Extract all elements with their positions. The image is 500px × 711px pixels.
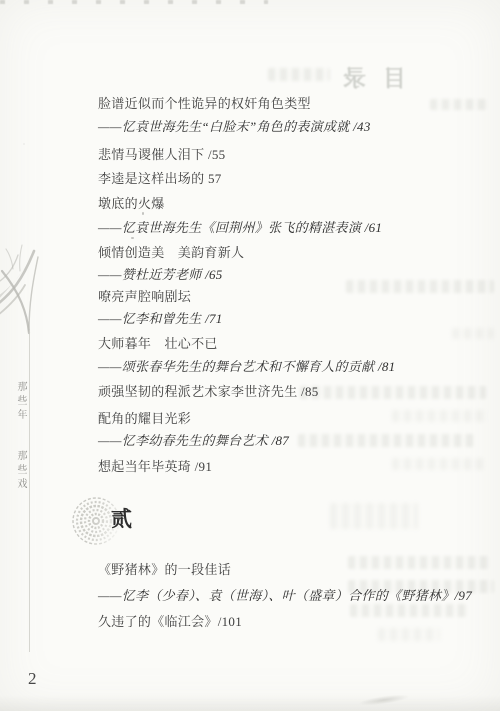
toc-line: 李逵是这样出场的 57 [98,172,222,187]
toc-subline: ——忆李幼春先生的舞台艺术 /87 [98,434,289,449]
toc-subline: ——忆李和曾先生 /71 [98,312,223,327]
book-title-part1: 那些年 [15,381,26,423]
toc-line: 倾情创造美 美韵育新人 [98,246,244,261]
toc-subline: ——赞杜近芳老师 /65 [98,268,223,283]
page-number: 2 [28,669,37,689]
toc-line: 大师暮年 壮心不已 [98,337,218,352]
bleedthrough-artifact [452,328,494,339]
toc-line: 顽强坚韧的程派艺术家李世济先生 /85 [98,385,319,400]
bleedthrough-artifact [348,556,490,569]
bleedthrough-artifact [378,628,440,641]
bleedthrough-artifact [330,503,418,529]
scanned-toc-page: 目录 那些年 那些戏 脸谱近似而个性诡异的权奸角色类型 ——忆袁世海先生“白脸末… [0,0,500,711]
sidebar-book-title: 那些年 那些戏 [13,381,28,492]
toc-subline: ——忆李（少春）、袁（世海）、叶（盛章）合作的《野猪林》/97 [98,589,472,604]
book-title-part2: 那些戏 [15,450,26,492]
bleedthrough-toc-heading: 目录 [326,60,406,93]
bleedthrough-artifact [392,410,488,422]
scan-bottom-shade [0,695,500,711]
bleedthrough-artifact [392,458,484,470]
scan-speck [131,237,134,239]
toc-line: 嘹亮声腔响剧坛 [98,290,191,305]
bleedthrough-artifact [346,280,494,293]
toc-line: 久违了的《临江会》/101 [98,615,242,630]
toc-line: 《野猪林》的一段佳话 [98,563,231,578]
toc-subline: ——忆袁世海先生《回荆州》张飞的精湛表演 /61 [98,221,382,236]
scan-top-edge-artifact [0,0,268,4]
toc-subline: ——忆袁世海先生“白脸末”角色的表演成就 /43 [98,120,371,135]
section-marker: 贰 [111,503,132,533]
bleedthrough-artifact [300,386,486,399]
orchid-leaf [0,262,29,300]
toc-line: 墩底的火爆 [98,197,165,212]
margin-rule [29,330,30,652]
scan-speck [23,143,25,145]
toc-line: 想起当年毕英琦 /91 [98,460,212,475]
toc-subline: ——颂张春华先生的舞台艺术和不懈育人的贡献 /81 [98,360,395,375]
bleedthrough-artifact [268,68,330,81]
bleedthrough-artifact [430,99,488,110]
toc-line: 配角的耀目光彩 [98,412,191,427]
bleedthrough-artifact [350,604,468,617]
bleedthrough-artifact [298,434,474,447]
scan-speck [142,212,144,215]
toc-line: 脸谱近似而个性诡异的权奸角色类型 [98,97,311,112]
orchid-drawing [0,241,42,335]
toc-line: 悲情马谡催人泪下 /55 [98,148,225,163]
